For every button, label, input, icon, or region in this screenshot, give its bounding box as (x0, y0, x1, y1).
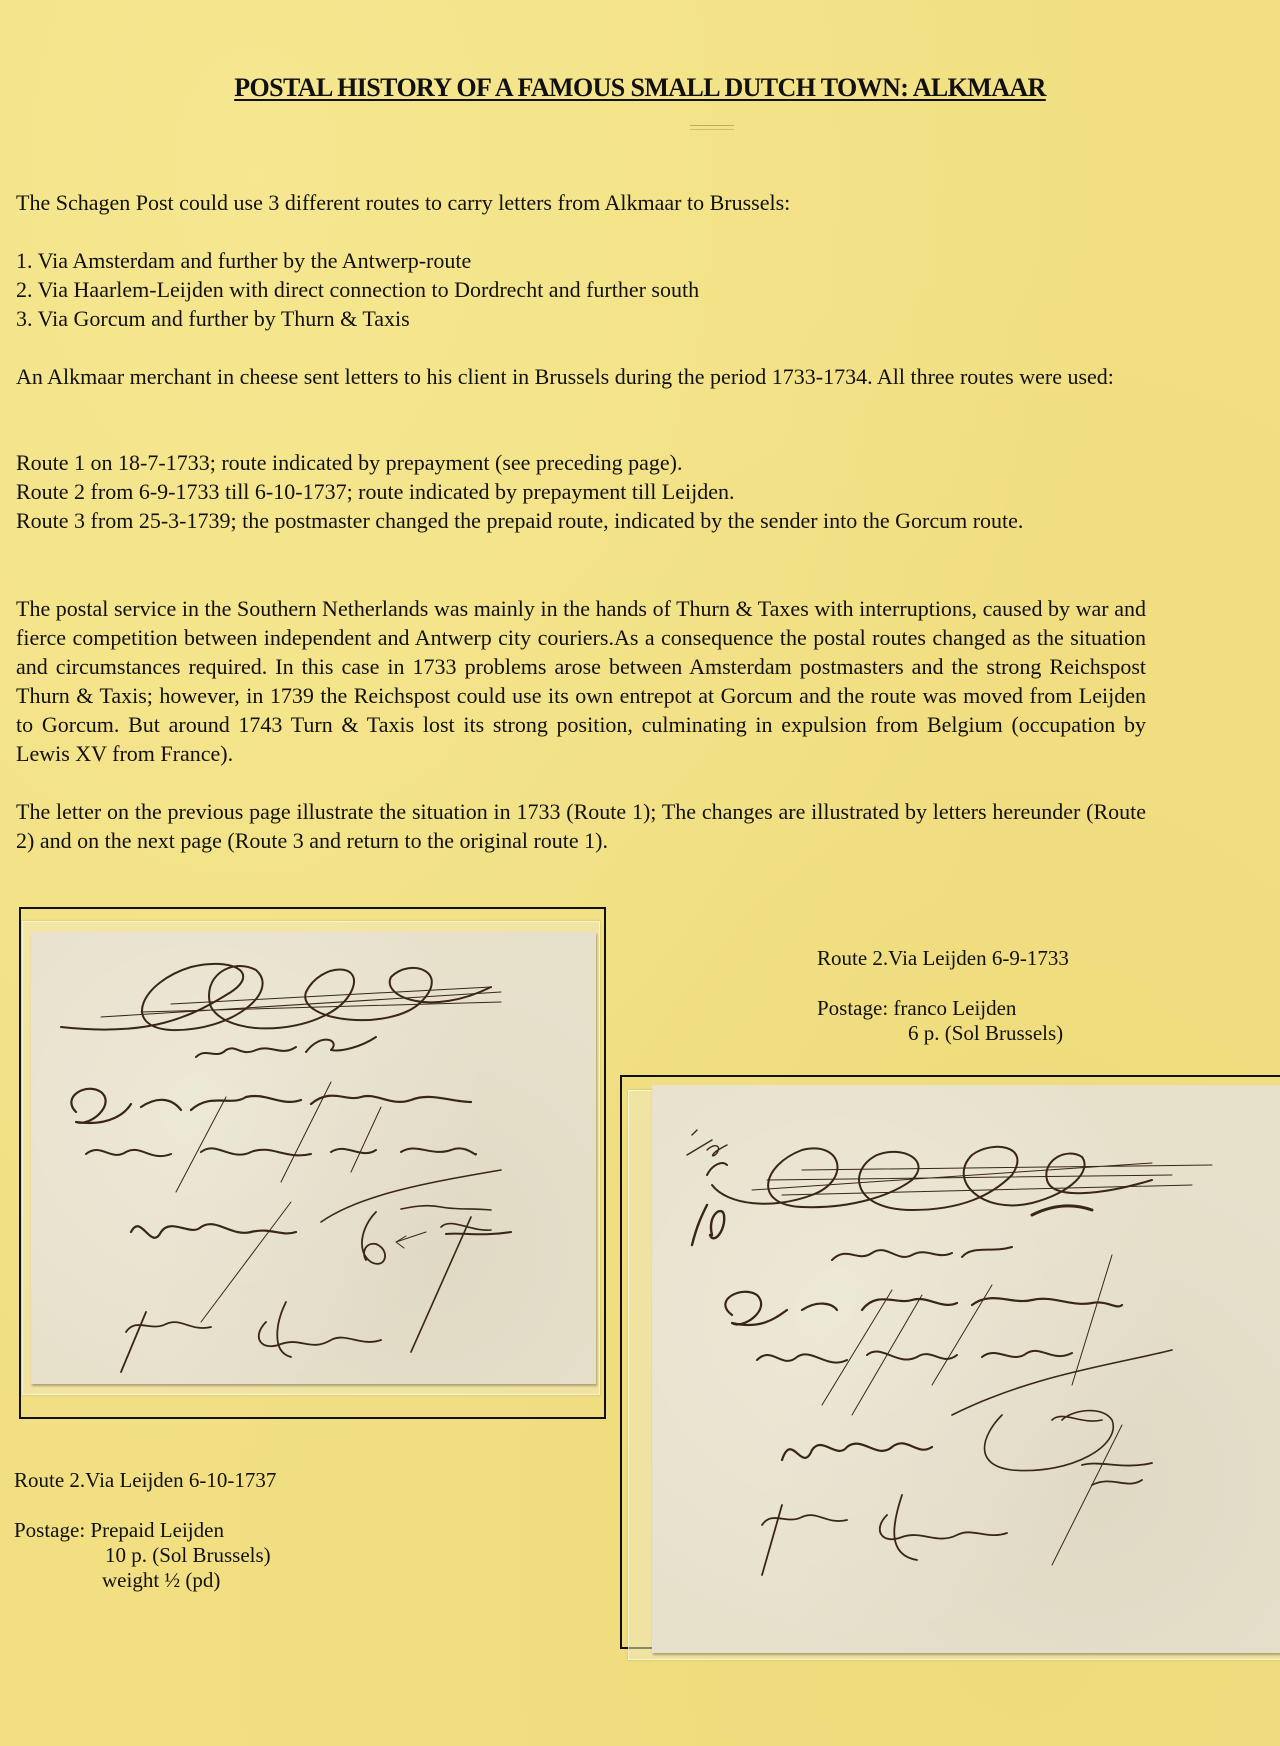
merchant-paragraph: An Alkmaar merchant in cheese sent lette… (16, 362, 1146, 391)
letter-1-manuscript (31, 932, 596, 1384)
letter-2-rate: 6 p. (Sol Brussels) (817, 1021, 1069, 1046)
letter-1-caption: Route 2.Via Leijden 6-10-1737 Postage: P… (14, 1468, 276, 1593)
letter-1-title: Route 2.Via Leijden 6-10-1737 (14, 1468, 276, 1493)
route-note: Route 1 on 18-7-1733; route indicated by… (16, 448, 1146, 477)
letter-1-rate: 10 p. (Sol Brussels) (14, 1543, 276, 1568)
letter-2-title: Route 2.Via Leijden 6-9-1733 (817, 946, 1069, 971)
history-paragraph: The postal service in the Southern Nethe… (16, 594, 1146, 768)
letter-1-postage: Postage: Prepaid Leijden (14, 1518, 276, 1543)
history-text: The postal service in the Southern Nethe… (16, 594, 1146, 768)
route-item: 2. Via Haarlem-Leijden with direct conne… (16, 275, 1146, 304)
letter-2-postage: Postage: franco Leijden (817, 996, 1069, 1021)
letter-2-caption: Route 2.Via Leijden 6-9-1733 Postage: fr… (817, 946, 1069, 1046)
page-title: POSTAL HISTORY OF A FAMOUS SMALL DUTCH T… (0, 73, 1280, 103)
route-note: Route 3 from 25-3-1739; the postmaster c… (16, 506, 1146, 535)
letter-1-weight: weight ½ (pd) (14, 1568, 276, 1593)
previous-text: The letter on the previous page illustra… (16, 797, 1146, 855)
letter-2-cover (652, 1085, 1280, 1653)
route-note: Route 2 from 6-9-1733 till 6-10-1737; ro… (16, 477, 1146, 506)
routes-list: 1. Via Amsterdam and further by the Antw… (16, 246, 1146, 333)
merchant-text: An Alkmaar merchant in cheese sent lette… (16, 362, 1146, 391)
previous-page-paragraph: The letter on the previous page illustra… (16, 797, 1146, 855)
route-item: 3. Via Gorcum and further by Thurn & Tax… (16, 304, 1146, 333)
intro-paragraph: The Schagen Post could use 3 different r… (16, 188, 1146, 217)
route-item: 1. Via Amsterdam and further by the Antw… (16, 246, 1146, 275)
title-ornament (690, 125, 734, 130)
letter-1-cover (31, 932, 596, 1384)
intro-text: The Schagen Post could use 3 different r… (16, 188, 1146, 217)
route-notes: Route 1 on 18-7-1733; route indicated by… (16, 448, 1146, 535)
letter-2-manuscript (652, 1085, 1280, 1653)
